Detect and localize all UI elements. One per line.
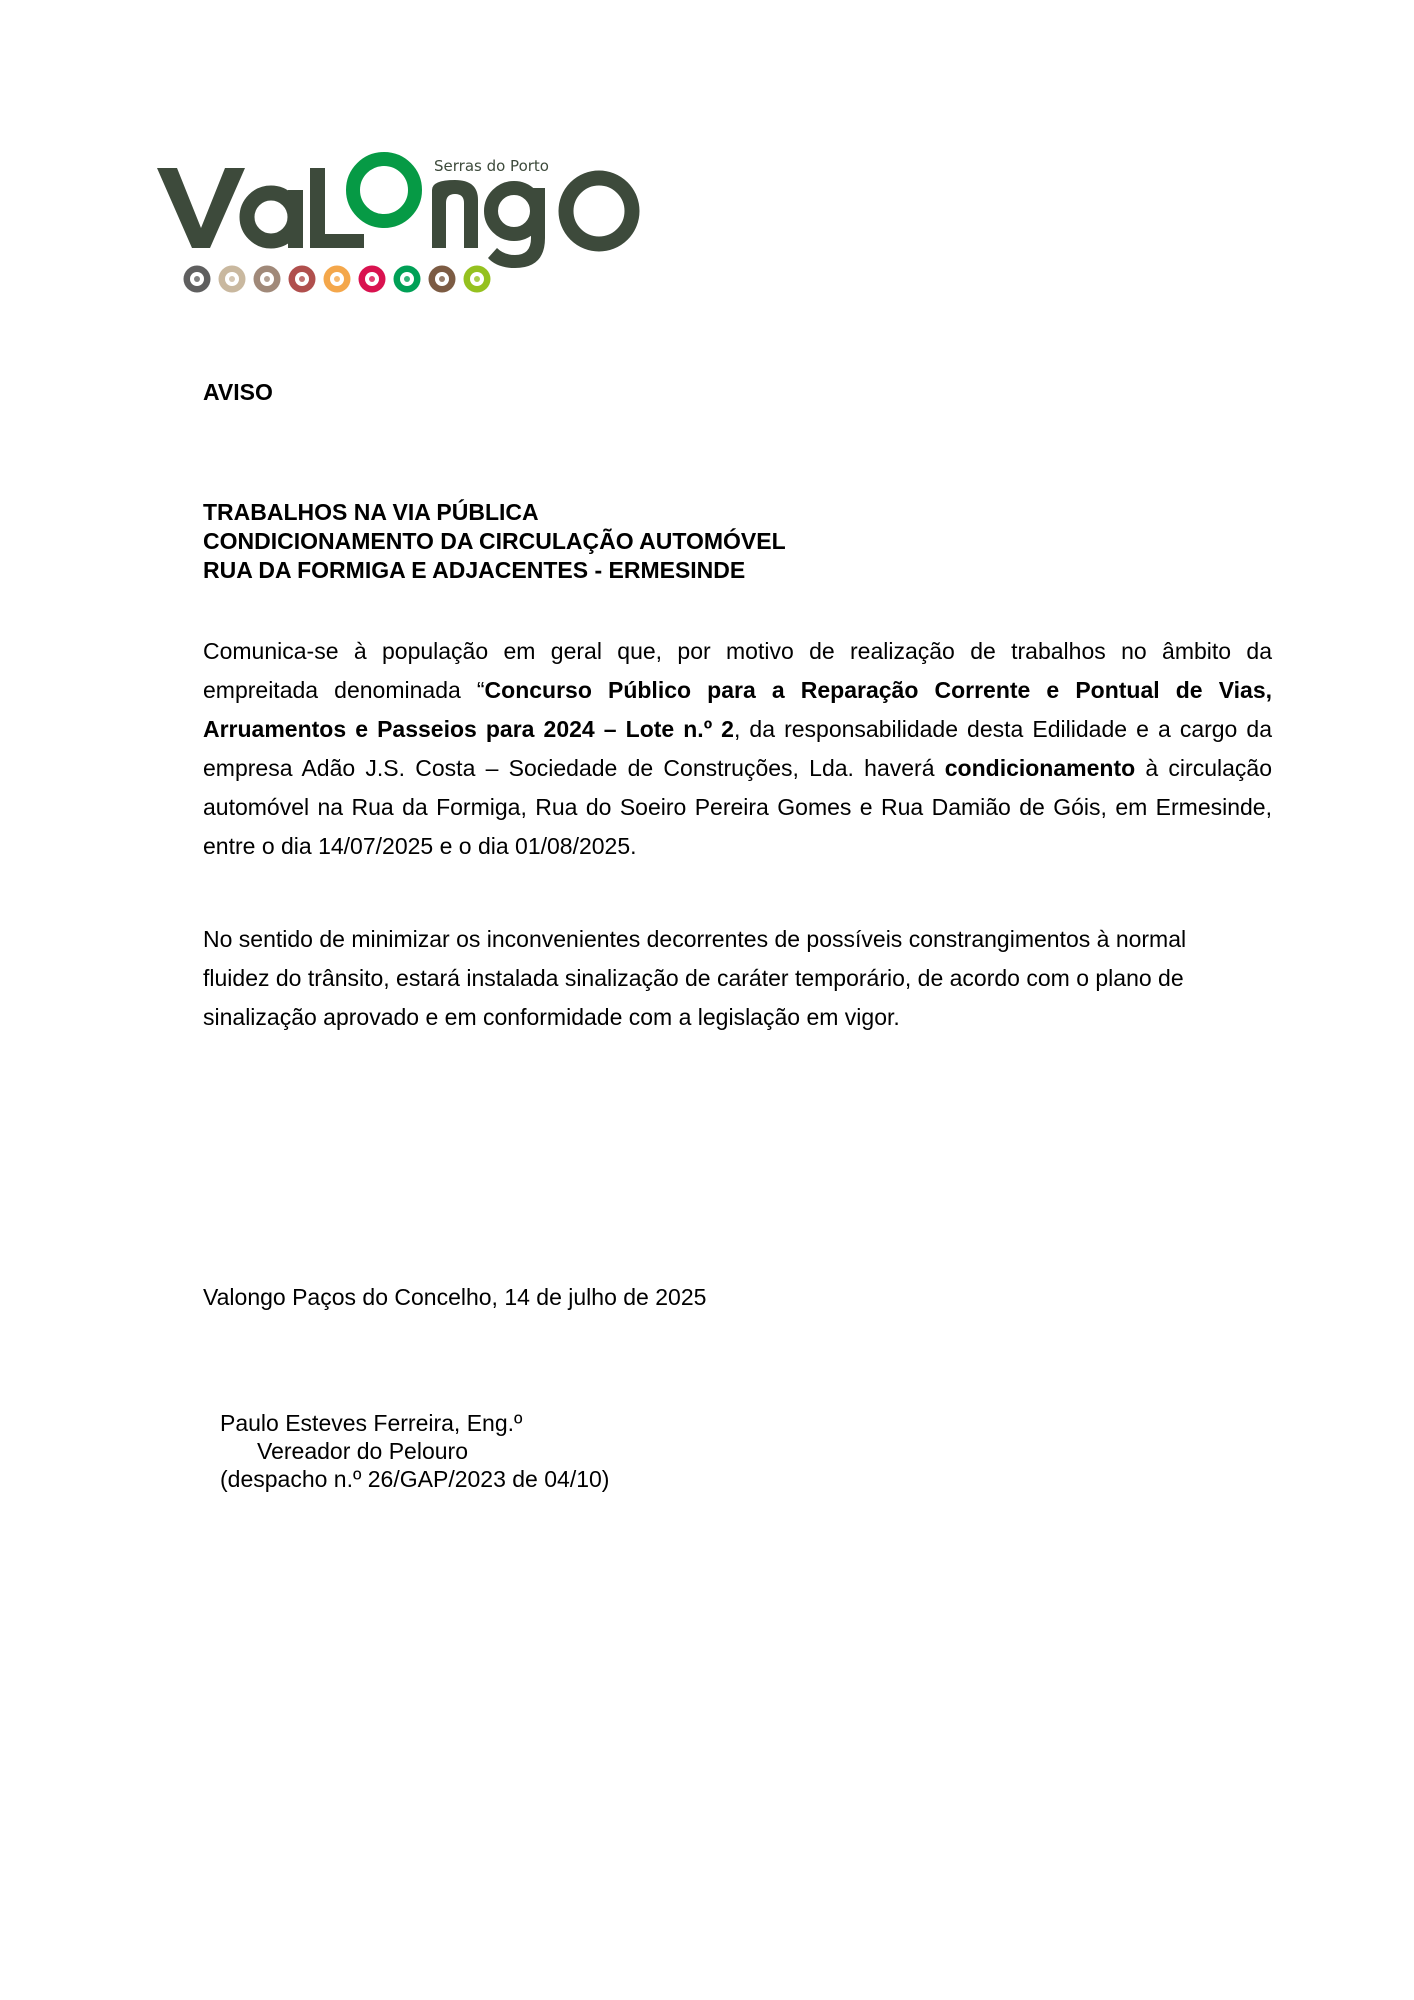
body-text: Comunica-se à população em geral que, po… [203, 638, 1272, 664]
paragraph-1-line: entre o dia 14/07/2025 e o dia 01/08/202… [203, 827, 1272, 866]
paragraph-1-line: Arruamentos e Passeios para 2024 – Lote … [203, 710, 1272, 749]
logo-letter-n [432, 180, 478, 248]
body-text: à circulação [1135, 755, 1272, 781]
place-date: Valongo Paços do Concelho, 14 de julho d… [203, 1284, 706, 1311]
paragraph-2-line: sinalização aprovado e em conformidade c… [203, 998, 1272, 1037]
paragraph-1-line: Comunica-se à população em geral que, po… [203, 632, 1272, 671]
culture-icon [359, 266, 386, 293]
heading-line-1: TRABALHOS NA VIA PÚBLICA [203, 498, 786, 527]
heading-line-3: RUA DA FORMIGA E ADJACENTES - ERMESINDE [203, 556, 786, 585]
paragraph-2-line: No sentido de minimizar os inconveniente… [203, 920, 1272, 959]
sport-icon [429, 266, 456, 293]
body-text: automóvel na Rua da Formiga, Rua do Soei… [203, 794, 1272, 820]
heading-line-2: CONDICIONAMENTO DA CIRCULAÇÃO AUTOMÓVEL [203, 527, 786, 556]
cinema-icon [184, 266, 211, 293]
notice-paragraph-2: No sentido de minimizar os inconveniente… [203, 920, 1272, 1037]
signature-block: Paulo Esteves Ferreira, Eng.º Vereador d… [220, 1409, 609, 1493]
notice-paragraph-1: Comunica-se à população em geral que, po… [203, 632, 1272, 866]
paragraph-1-line: empresa Adão J.S. Costa – Sociedade de C… [203, 749, 1272, 788]
paragraph-2-line: fluidez do trânsito, estará instalada si… [203, 959, 1272, 998]
logo-letter-v [157, 168, 245, 248]
heritage-icon [464, 266, 491, 293]
emphasis-text: condicionamento [945, 755, 1135, 781]
food-icon [254, 266, 281, 293]
emphasis-text: Concurso Público para a Reparação Corren… [485, 677, 1272, 703]
logo-letter-g [488, 188, 545, 268]
paragraph-1-line: automóvel na Rua da Formiga, Rua do Soei… [203, 788, 1272, 827]
emphasis-text: Arruamentos e Passeios para 2024 – Lote … [203, 716, 734, 742]
sun-icon [324, 266, 351, 293]
crafts-icon [219, 266, 246, 293]
logo-letter-a [247, 190, 303, 248]
theme-circles [184, 266, 491, 293]
body-text: empresa Adão J.S. Costa – Sociedade de C… [203, 755, 945, 781]
signatory-dispatch: (despacho n.º 26/GAP/2023 de 04/10) [220, 1465, 609, 1493]
family-icon [289, 266, 316, 293]
logo-letter-o [566, 178, 632, 244]
valongo-logo: Valongo Serras do Porto [150, 145, 660, 295]
notice-label: AVISO [203, 379, 273, 406]
body-text: empreitada denominada “ [203, 677, 485, 703]
logo-green-o [353, 159, 415, 221]
body-text: entre o dia 14/07/2025 e o dia 01/08/202… [203, 833, 637, 859]
body-text: , da responsabilidade desta Edilidade e … [734, 716, 1272, 742]
notice-headings: TRABALHOS NA VIA PÚBLICA CONDICIONAMENTO… [203, 498, 786, 585]
signatory-role: Vereador do Pelouro [220, 1437, 609, 1465]
logo-tagline: Serras do Porto [434, 157, 549, 175]
paragraph-1-line: empreitada denominada “Concurso Público … [203, 671, 1272, 710]
nature-icon [394, 266, 421, 293]
signatory-name: Paulo Esteves Ferreira, Eng.º [220, 1409, 609, 1437]
